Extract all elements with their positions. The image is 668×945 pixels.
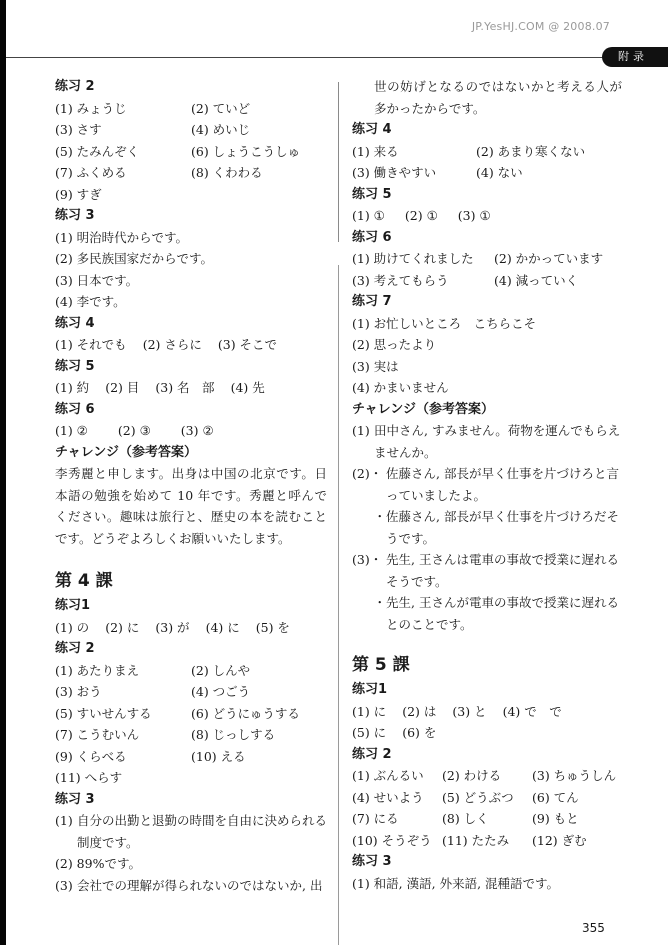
answer-row: (10) そうぞう(11) たたみ(12) ぎむ xyxy=(352,830,622,852)
answer-row: (1) 約(2) 目(3) 名 部(4) 先 xyxy=(55,377,327,399)
answer: (1)自分の出勤と退勤の時間を自由に決められる制度です。 xyxy=(55,810,327,853)
answer: (2) は xyxy=(402,701,436,723)
answer: (5) たみんぞく xyxy=(55,141,191,163)
answer-text: 佐藤さん, 部長が早く仕事を片づけろと言っていましたよ。 xyxy=(386,463,622,506)
answer: (4) ない xyxy=(476,162,612,184)
answer: (4) に xyxy=(206,617,240,639)
answer: (3) が xyxy=(155,617,189,639)
answer: (1) ぶんるい xyxy=(352,765,442,787)
answer-number: (1) xyxy=(55,810,77,853)
bullet: ・ xyxy=(352,592,386,635)
answer: (2) 目 xyxy=(105,377,139,399)
answer: (4) 先 xyxy=(231,377,265,399)
answer-row: (1) 助けてくれました(2) かかっています xyxy=(352,248,622,270)
answer: (2) ③ xyxy=(118,420,151,442)
answer: (3) 日本です。 xyxy=(55,270,327,292)
answer-row: (7) にる(8) しく(9) もと xyxy=(352,808,622,830)
answer: (2) に xyxy=(105,617,139,639)
answer: (3) 名 部 xyxy=(155,377,214,399)
challenge-answer: (1)田中さん, すみません。荷物を運んでもらえませんか。 xyxy=(352,420,622,463)
answer: (4) で で xyxy=(503,701,562,723)
answer: (1) 和語, 漢語, 外来語, 混種語です。 xyxy=(352,873,622,895)
exercise-heading: 练习 6 xyxy=(55,399,327,421)
answer-text: 佐藤さん, 部長が早く仕事を片づけろだそうです。 xyxy=(386,506,622,549)
answer-row: (1) あたりまえ(2) しんや xyxy=(55,660,327,682)
answer-text: 先生, 王さんは電車の事故で授業に遅れるそうです。 xyxy=(386,549,622,592)
answer: (3) と xyxy=(452,701,486,723)
exercise-heading: 练习 2 xyxy=(352,744,622,766)
challenge-answer: (2)・佐藤さん, 部長が早く仕事を片づけろと言っていましたよ。 xyxy=(352,463,622,506)
answer: (5) どうぶつ xyxy=(442,787,532,809)
right-column: 世の妨げとなるのではないかと考える人が多かったからです。 练习 4 (1) 来る… xyxy=(352,76,622,894)
answer-row: (3) 考えてもらう(4) 減っていく xyxy=(352,270,622,292)
answer-row: (5) たみんぞく(6) しょうこうしゅ xyxy=(55,141,327,163)
exercise-heading: 练习 4 xyxy=(55,313,327,335)
answer: (2) 89%です。 xyxy=(55,853,327,875)
answer-row: (1) ②(2) ③(3) ② xyxy=(55,420,327,442)
answer-row: (1) それでも(2) さらに(3) そこで xyxy=(55,334,327,356)
answer-number: (3)・ xyxy=(352,549,386,592)
answer: (2) ていど xyxy=(191,98,327,120)
answer-row: (3) おう(4) つごう xyxy=(55,681,327,703)
answer: (6) しょうこうしゅ xyxy=(191,141,327,163)
answer: (1) の xyxy=(55,617,89,639)
exercise-heading: 练习1 xyxy=(352,679,622,701)
answer: (7) ふくめる xyxy=(55,162,191,184)
answer: (2) 思ったより xyxy=(352,334,622,356)
answer: (9) くらべる xyxy=(55,746,191,768)
answer-text: 会社での理解が得られないのではないか, 出 xyxy=(77,875,327,897)
answer-row: (1) の(2) に(3) が(4) に(5) を xyxy=(55,617,327,639)
answer: (2) あまり寒くない xyxy=(476,141,612,163)
answer: (12) ぎむ xyxy=(532,830,622,852)
answer: (6) どうにゅうする xyxy=(191,703,327,725)
answer: (4) せいよう xyxy=(352,787,442,809)
answer: (6) てん xyxy=(532,787,622,809)
challenge-answer: 李秀麗と申します。出身は中国の北京です。日本語の勉強を始めて 10 年です。秀麗… xyxy=(55,463,327,549)
answer: (7) にる xyxy=(352,808,442,830)
answer: (4) つごう xyxy=(191,681,327,703)
answer-continuation: 世の妨げとなるのではないかと考える人が多かったからです。 xyxy=(352,76,622,119)
answer: (3) おう xyxy=(55,681,191,703)
answer: (1) ② xyxy=(55,420,88,442)
exercise-heading: 练习 5 xyxy=(55,356,327,378)
exercise-heading: 练习 3 xyxy=(55,789,327,811)
exercise-heading: 练习 2 xyxy=(55,638,327,660)
answer-row: (1) に(2) は(3) と(4) で で xyxy=(352,701,622,723)
answer-row: (1) ぶんるい(2) わける(3) ちゅうしん xyxy=(352,765,622,787)
exercise-heading: 练习1 xyxy=(55,595,327,617)
challenge-answer: (3)・先生, 王さんは電車の事故で授業に遅れるそうです。 xyxy=(352,549,622,592)
exercise-heading: 练习 5 xyxy=(352,184,622,206)
answer-number: (1) xyxy=(352,420,374,463)
answer-row: (3) 働きやすい(4) ない xyxy=(352,162,622,184)
page-number: 355 xyxy=(582,921,605,935)
answer: (3) ちゅうしん xyxy=(532,765,622,787)
answer: (2) ① xyxy=(405,205,438,227)
answer: (3) そこで xyxy=(218,334,277,356)
answer-row: (7) こうむいん(8) じっしする xyxy=(55,724,327,746)
answer-row: (3) さす(4) めいじ xyxy=(55,119,327,141)
header-rule xyxy=(6,57,606,58)
answer: (11) へらす xyxy=(55,767,191,789)
exercise-heading: 练习 6 xyxy=(352,227,622,249)
answer: (4) めいじ xyxy=(191,119,327,141)
answer-row: (1) みょうじ(2) ていど xyxy=(55,98,327,120)
column-divider xyxy=(338,82,339,242)
answer-row: (5) に(6) を xyxy=(352,722,622,744)
challenge-heading: チャレンジ（参考答案） xyxy=(55,442,327,464)
answer-text: 田中さん, すみません。荷物を運んでもらえませんか。 xyxy=(374,420,622,463)
exercise-heading: 练习 3 xyxy=(352,851,622,873)
answer-number: (3) xyxy=(55,875,77,897)
answer-text: 自分の出勤と退勤の時間を自由に決められる制度です。 xyxy=(77,810,327,853)
answer-row: (1) ①(2) ①(3) ① xyxy=(352,205,622,227)
bullet: ・ xyxy=(352,506,386,549)
answer-text: 先生, 王さんが電車の事故で授業に遅れるとのことです。 xyxy=(386,592,622,635)
answer: (1) 来る xyxy=(352,141,476,163)
answer: (1) みょうじ xyxy=(55,98,191,120)
answer: (3)会社での理解が得られないのではないか, 出 xyxy=(55,875,327,897)
exercise-heading: 练习 7 xyxy=(352,291,622,313)
answer: (8) じっしする xyxy=(191,724,327,746)
answer-row: (4) せいよう(5) どうぶつ(6) てん xyxy=(352,787,622,809)
answer: (10) える xyxy=(191,746,327,768)
answer: (1) お忙しいところ こちらこそ xyxy=(352,313,622,335)
answer: (3) ② xyxy=(181,420,214,442)
challenge-heading: チャレンジ（参考答案） xyxy=(352,399,622,421)
answer: (5) を xyxy=(256,617,290,639)
answer: (1) 助けてくれました xyxy=(352,248,494,270)
answer: (9) もと xyxy=(532,808,622,830)
answer: (3) ① xyxy=(458,205,491,227)
answer: (4) 減っていく xyxy=(494,270,578,292)
answer: (5) すいせんする xyxy=(55,703,191,725)
answer: (2) わける xyxy=(442,765,532,787)
answer: (5) に xyxy=(352,722,386,744)
answer: (10) そうぞう xyxy=(352,830,442,852)
answer: (2) さらに xyxy=(143,334,202,356)
answer: (1) あたりまえ xyxy=(55,660,191,682)
answer-row: (9) くらべる(10) える xyxy=(55,746,327,768)
watermark: JP.YesHJ.COM @ 2008.07 xyxy=(472,20,610,33)
challenge-answer: ・先生, 王さんが電車の事故で授業に遅れるとのことです。 xyxy=(352,592,622,635)
answer: (9) すぎ xyxy=(55,184,191,206)
column-divider xyxy=(338,265,339,945)
answer: (1) それでも xyxy=(55,334,127,356)
answer: (1) 約 xyxy=(55,377,89,399)
answer: (6) を xyxy=(402,722,436,744)
exercise-heading: 练习 3 xyxy=(55,205,327,227)
scan-edge xyxy=(0,0,6,945)
answer: (8) しく xyxy=(442,808,532,830)
answer: (4) 李です。 xyxy=(55,291,327,313)
answer: (3) 働きやすい xyxy=(352,162,476,184)
answer: (2) かかっています xyxy=(494,248,603,270)
exercise-heading: 练习 4 xyxy=(352,119,622,141)
answer: (2) しんや xyxy=(191,660,327,682)
challenge-answer: ・佐藤さん, 部長が早く仕事を片づけろだそうです。 xyxy=(352,506,622,549)
answer-number: (2)・ xyxy=(352,463,386,506)
answer-row: (5) すいせんする(6) どうにゅうする xyxy=(55,703,327,725)
exercise-heading: 练习 2 xyxy=(55,76,327,98)
answer: (1) ① xyxy=(352,205,385,227)
answer-row: (7) ふくめる(8) くわわる xyxy=(55,162,327,184)
lesson-title: 第 4 課 xyxy=(55,567,327,595)
answer-row: (9) すぎ xyxy=(55,184,327,206)
answer: (3) さす xyxy=(55,119,191,141)
answer: (1) に xyxy=(352,701,386,723)
answer: (2) 多民族国家だからです。 xyxy=(55,248,327,270)
answer: (3) 実は xyxy=(352,356,622,378)
answer: (7) こうむいん xyxy=(55,724,191,746)
answer-row: (11) へらす xyxy=(55,767,327,789)
section-tab: 附录 xyxy=(602,47,668,67)
answer: (4) かまいません xyxy=(352,377,622,399)
answer: (1) 明治時代からです。 xyxy=(55,227,327,249)
left-column: 练习 2 (1) みょうじ(2) ていど (3) さす(4) めいじ (5) た… xyxy=(55,76,327,896)
answer-row: (1) 来る(2) あまり寒くない xyxy=(352,141,622,163)
answer: (11) たたみ xyxy=(442,830,532,852)
answer: (3) 考えてもらう xyxy=(352,270,494,292)
lesson-title: 第 5 課 xyxy=(352,651,622,679)
answer: (8) くわわる xyxy=(191,162,327,184)
